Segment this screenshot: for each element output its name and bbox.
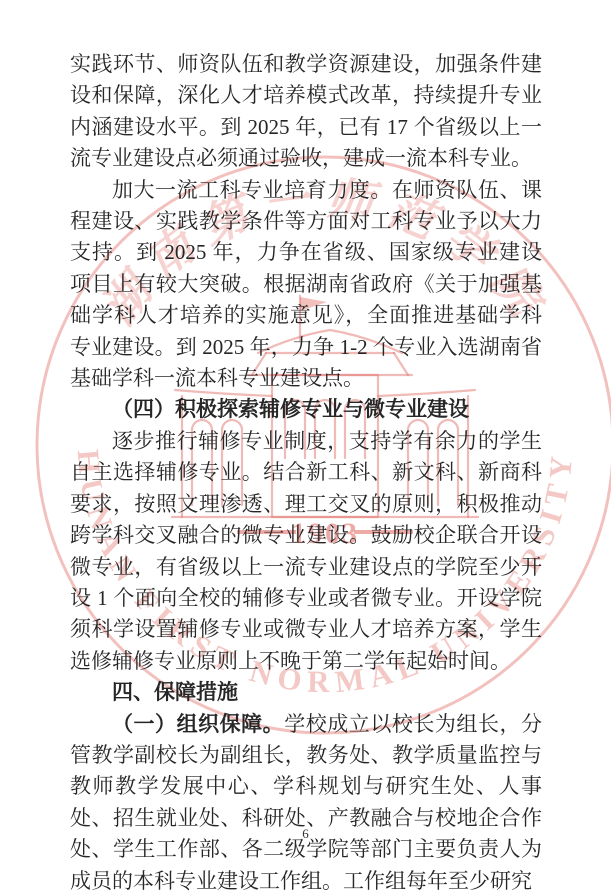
page-number: 6 — [302, 826, 309, 841]
paragraph-organizational-guarantee: （一）组织保障。学校成立以校长为组长，分管教学副校长为副组长，教务处、教学质量监… — [70, 709, 542, 892]
paragraph-engineering-cultivation: 加大一流工科专业培育力度。在师资队伍、课程建设、实践教学条件等方面对工科专业予以… — [70, 175, 542, 395]
document-page: 湖南第一师范学院 HUNAN FIRST NORMAL UNIVERSITY — [0, 0, 611, 892]
org-guarantee-lead: （一）组织保障。 — [112, 712, 284, 736]
paragraph-minor-major-system: 逐步推行辅修专业制度，支持学有余力的学生自主选择辅修专业。结合新工科、新文科、新… — [70, 426, 542, 677]
paragraph-practice-construction: 实践环节、师资队伍和教学资源建设，加强条件建设和保障，深化人才培养模式改革，持续… — [70, 49, 542, 175]
org-guarantee-body: 学校成立以校长为组长，分管教学副校长为副组长，教务处、教学质量监控与教师教学发展… — [70, 712, 542, 892]
section-heading-minor-micro-majors: （四）积极探索辅修专业与微专业建设 — [70, 394, 542, 425]
section-heading-safeguards: 四、保障措施 — [70, 677, 542, 708]
body-text: 实践环节、师资队伍和教学资源建设，加强条件建设和保障，深化人才培养模式改革，持续… — [70, 49, 542, 892]
page-footer: 6 — [0, 826, 611, 842]
